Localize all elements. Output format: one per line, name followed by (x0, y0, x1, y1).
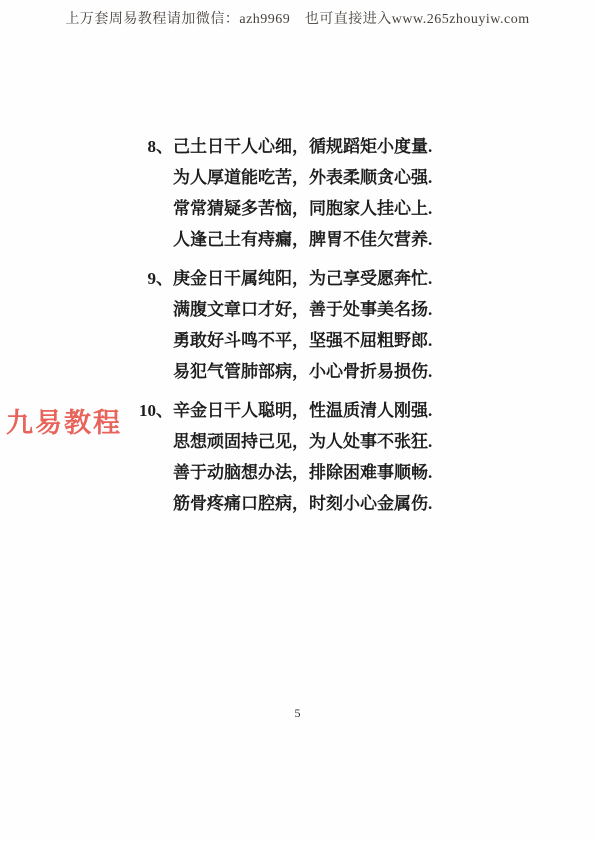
stanza-10: 10、 辛金日干人聪明，性温质清人刚强. 思想顽固持己见，为人处事不张狂. 善于… (130, 395, 432, 519)
page-number: 5 (0, 706, 595, 721)
stanza-8: 8、 己土日干人心细，循规蹈矩小度量. 为人厚道能吃苦，外表柔顺贪心强. 常常猜… (130, 131, 432, 255)
header-ad-text: 上万套周易教程请加微信：azh9969 也可直接进入www.265zhouyiw… (0, 8, 595, 28)
brand-watermark: 九易教程 (6, 401, 122, 440)
verse-block: 8、 己土日干人心细，循规蹈矩小度量. 为人厚道能吃苦，外表柔顺贪心强. 常常猜… (130, 131, 432, 527)
stanza-number: 9、 (130, 263, 173, 294)
verse-line: 人逢己土有痔瘺，脾胃不佳欠营养. (173, 224, 432, 255)
verse-line: 易犯气管肺部病，小心骨折易损伤. (173, 356, 432, 387)
stanza-number: 10、 (130, 395, 173, 426)
verse-line: 辛金日干人聪明，性温质清人刚强. (173, 395, 432, 426)
verse-line: 筋骨疼痛口腔病，时刻小心金属伤. (173, 488, 432, 519)
verse-line: 思想顽固持己见，为人处事不张狂. (173, 426, 432, 457)
verse-line: 庚金日干属纯阳，为己享受愿奔忙. (173, 263, 432, 294)
verse-line: 为人厚道能吃苦，外表柔顺贪心强. (173, 162, 432, 193)
stanza-number: 8、 (130, 131, 173, 162)
stanza-9: 9、 庚金日干属纯阳，为己享受愿奔忙. 满腹文章口才好，善于处事美名扬. 勇敢好… (130, 263, 432, 387)
verse-line: 己土日干人心细，循规蹈矩小度量. (173, 131, 432, 162)
verse-line: 满腹文章口才好，善于处事美名扬. (173, 294, 432, 325)
verse-line: 常常猜疑多苦恼，同胞家人挂心上. (173, 193, 432, 224)
document-page: 上万套周易教程请加微信：azh9969 也可直接进入www.265zhouyiw… (0, 0, 595, 842)
verse-line: 勇敢好斗鸣不平，坚强不屈粗野郎. (173, 325, 432, 356)
stanza-lines: 庚金日干属纯阳，为己享受愿奔忙. 满腹文章口才好，善于处事美名扬. 勇敢好斗鸣不… (173, 263, 432, 387)
stanza-lines: 己土日干人心细，循规蹈矩小度量. 为人厚道能吃苦，外表柔顺贪心强. 常常猜疑多苦… (173, 131, 432, 255)
stanza-lines: 辛金日干人聪明，性温质清人刚强. 思想顽固持己见，为人处事不张狂. 善于动脑想办… (173, 395, 432, 519)
verse-line: 善于动脑想办法，排除困难事顺畅. (173, 457, 432, 488)
